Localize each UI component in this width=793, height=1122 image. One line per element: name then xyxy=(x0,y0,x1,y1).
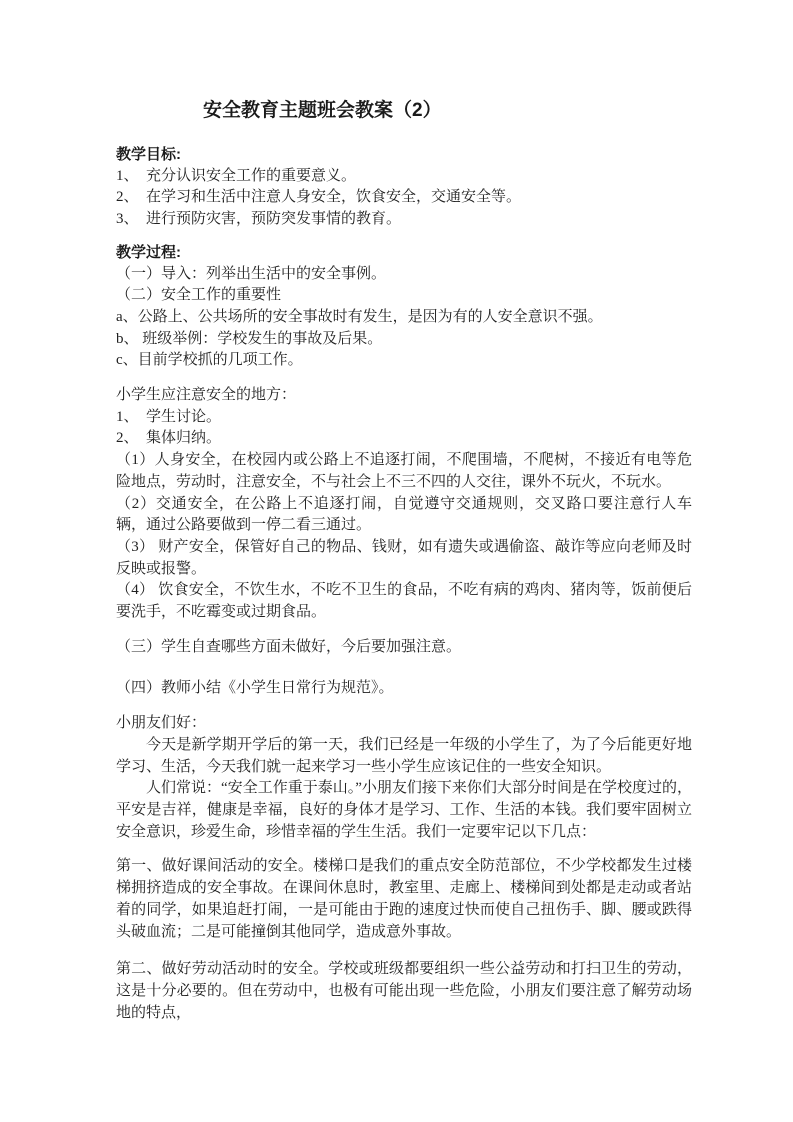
speech-intro-paragraph-2: 人们常说：“安全工作重于泰山。”小朋友们接下来你们大部分时间是在学校度过的，平安… xyxy=(116,778,692,843)
teaching-process-heading: 教学过程: xyxy=(116,242,692,264)
speech-greeting: 小朋友们好： xyxy=(116,713,692,735)
safety-item-2: 2、 集体归纳。 xyxy=(116,428,692,450)
process-item-2: （二）安全工作的重要性 xyxy=(116,285,692,307)
section-spacer xyxy=(116,943,692,959)
process-item-c: c、目前学校抓的几项工作。 xyxy=(116,350,692,372)
document-page: 安全教育主题班会教案（2） 教学目标: 1、 充分认识安全工作的重要意义。 2、… xyxy=(0,0,793,1122)
process-item-a: a、公路上、公共场所的安全事故时有发生，是因为有的人安全意识不强。 xyxy=(116,307,692,329)
section-spacer xyxy=(116,843,692,856)
teaching-objectives-heading: 教学目标: xyxy=(116,144,692,166)
process-item-b: b、 班级举例：学校发生的事故及后果。 xyxy=(116,329,692,351)
document-title: 安全教育主题班会教案（2） xyxy=(116,97,692,125)
safety-item-property: （3） 财产安全，保管好自己的物品、钱财，如有遗失或遇偷盗、敲诈等应向老师及时反… xyxy=(116,537,692,580)
speech-intro-paragraph-1: 今天是新学期开学后的第一天，我们已经是一年级的小学生了，为了今后能更好地学习、生… xyxy=(116,735,692,778)
section-spacer xyxy=(116,624,692,637)
objective-item-2: 2、 在学习和生活中注意人身安全，饮食安全，交通安全等。 xyxy=(116,187,692,209)
speech-point-2: 第二、做好劳动活动时的安全。学校或班级都要组织一些公益劳动和打扫卫生的劳动，这是… xyxy=(116,959,692,1024)
speech-point-1: 第一、做好课间活动的安全。楼梯口是我们的重点安全防范部位，不少学校都发生过楼梯拥… xyxy=(116,856,692,943)
safety-item-person: （1）人身安全，在校园内或公路上不追逐打闹，不爬围墙，不爬树，不接近有电等危险地… xyxy=(116,450,692,493)
process-item-1: （一）导入：列举出生活中的安全事例。 xyxy=(116,264,692,286)
safety-item-1: 1、 学生讨论。 xyxy=(116,407,692,429)
objective-item-1: 1、 充分认识安全工作的重要意义。 xyxy=(116,166,692,188)
self-check-paragraph: （三）学生自查哪些方面未做好，今后要加强注意。 xyxy=(116,637,692,659)
section-spacer xyxy=(116,658,692,678)
section-spacer xyxy=(116,372,692,385)
safety-item-traffic: （2）交通安全，在公路上不追逐打闹，自觉遵守交通规则，交叉路口要注意行人车辆，通… xyxy=(116,494,692,537)
safety-item-food: （4） 饮食安全，不饮生水，不吃不卫生的食品，不吃有病的鸡肉、猪肉等，饭前便后要… xyxy=(116,580,692,623)
section-spacer xyxy=(116,231,692,242)
objective-item-3: 3、 进行预防灾害，预防突发事情的教育。 xyxy=(116,209,692,231)
safety-places-heading: 小学生应注意安全的地方： xyxy=(116,385,692,407)
teacher-summary-paragraph: （四）教师小结《小学生日常行为规范》。 xyxy=(116,678,692,700)
section-spacer xyxy=(116,700,692,713)
